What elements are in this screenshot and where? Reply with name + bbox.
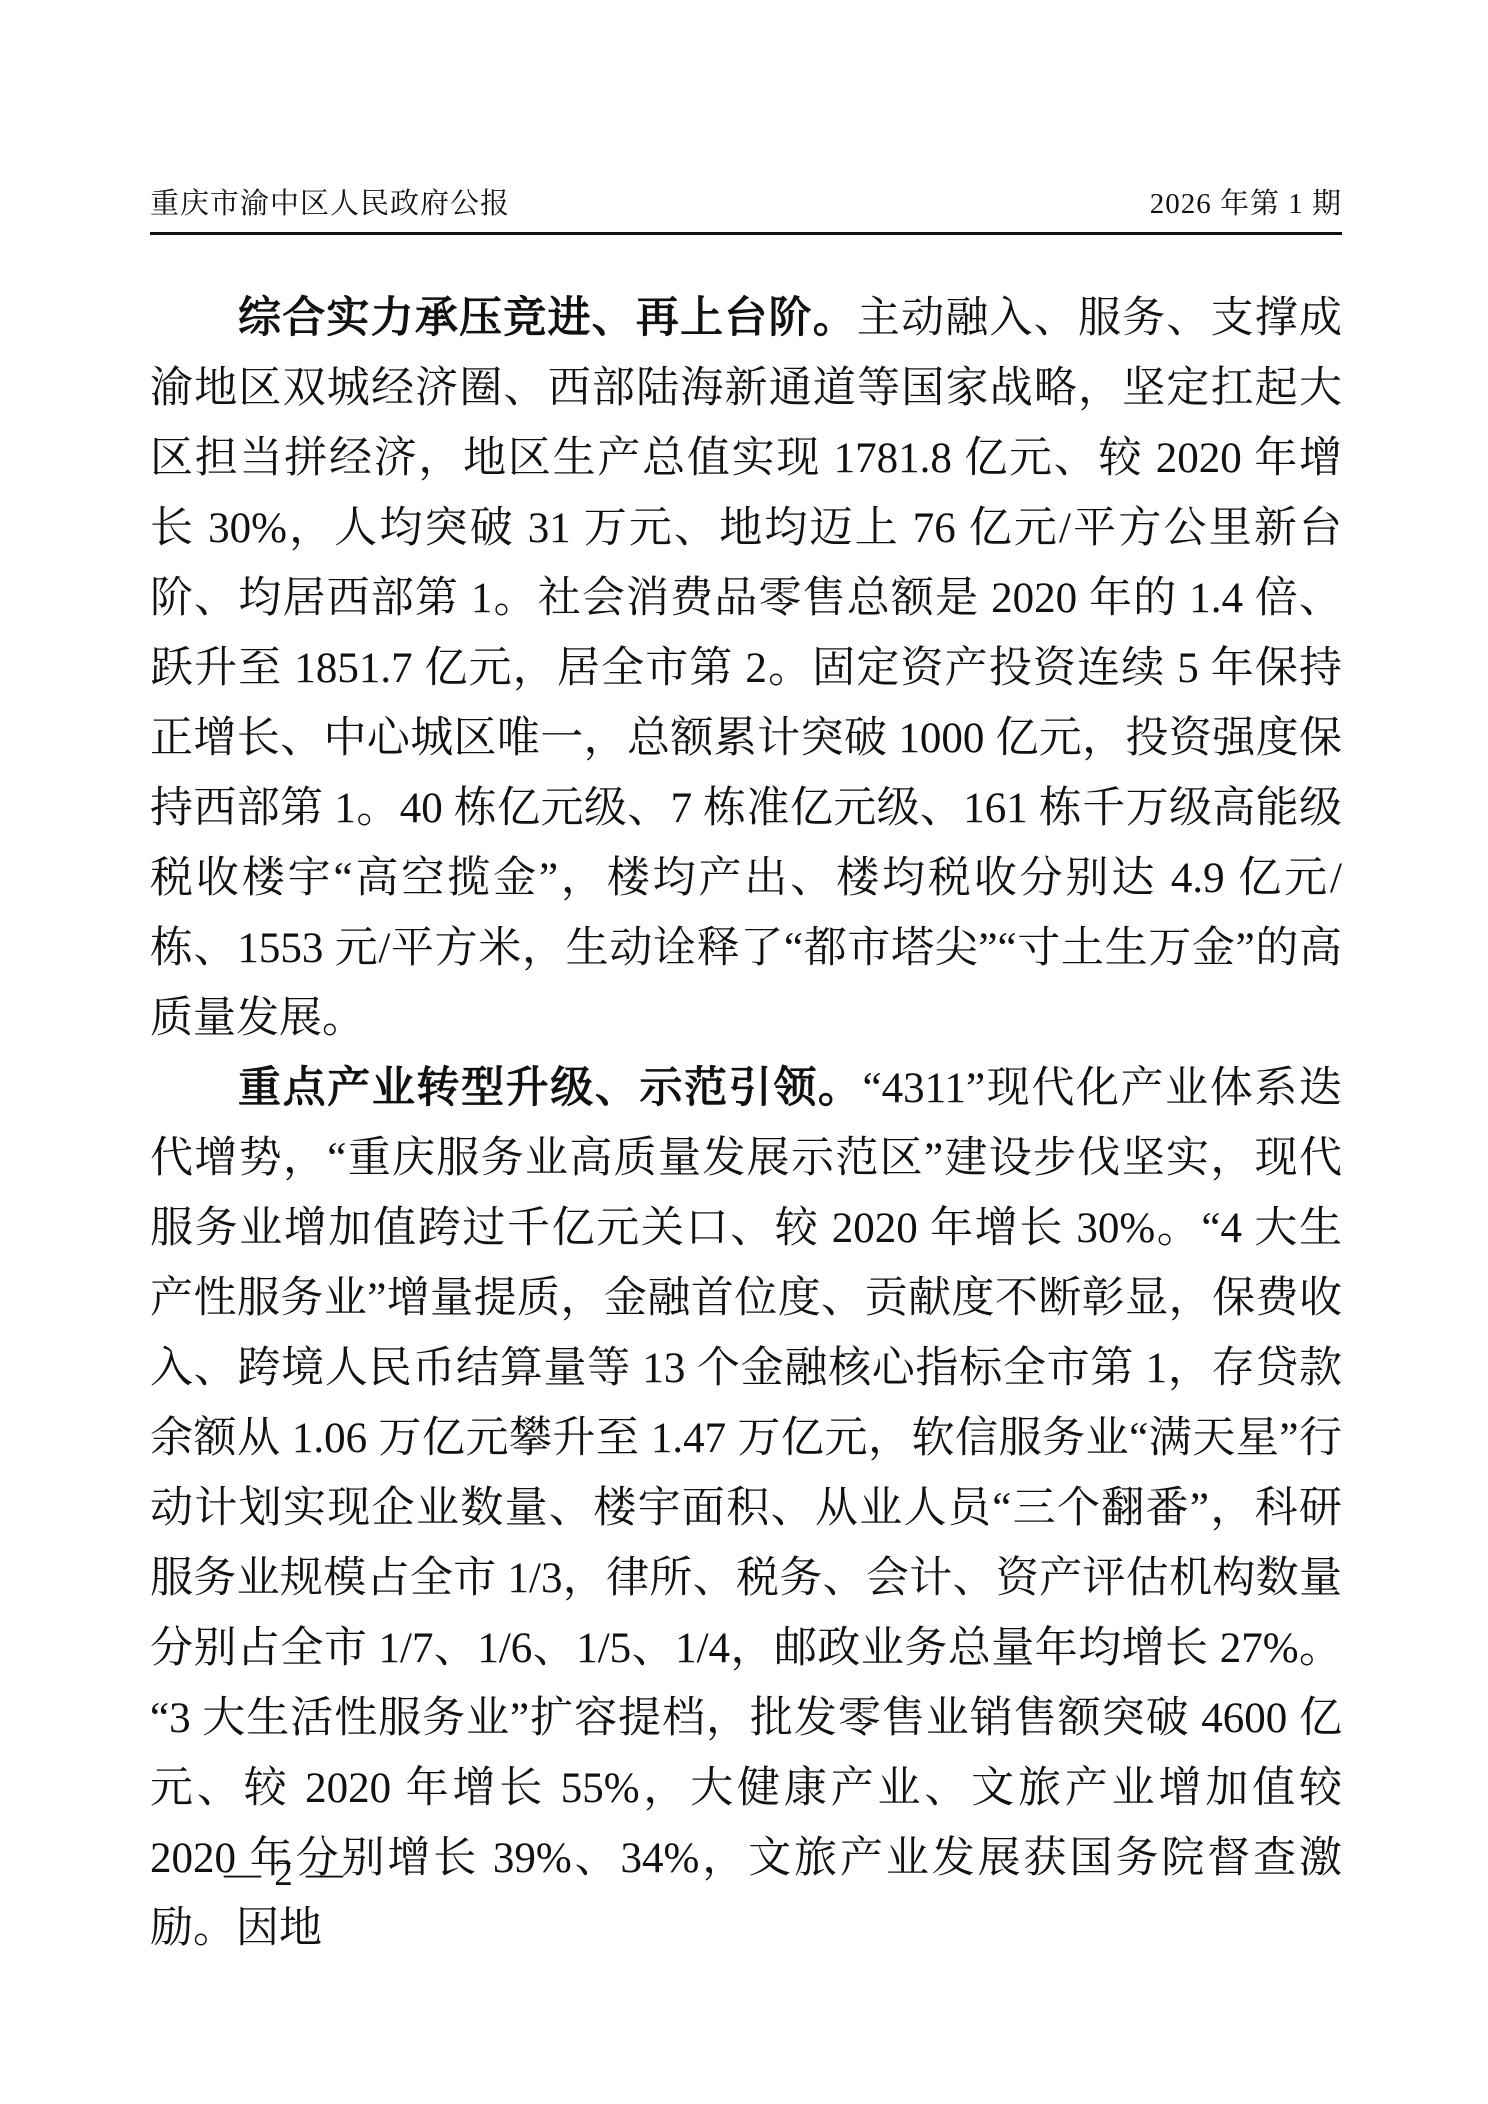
issue-label: 2026 年第 1 期: [1150, 186, 1342, 222]
gazette-page: 重庆市渝中区人民政府公报 2026 年第 1 期 综合实力承压竞进、再上台阶。主…: [0, 0, 1488, 2104]
paragraph-lead: 综合实力承压竞进、再上台阶。: [238, 295, 857, 342]
paragraph-text: “4311”现代化产业体系迭代增势，“重庆服务业高质量发展示范区”建设步伐坚实，…: [150, 1065, 1342, 1952]
paragraph: 重点产业转型升级、示范引领。“4311”现代化产业体系迭代增势，“重庆服务业高质…: [150, 1054, 1342, 1964]
page-number: — 2 —: [224, 1852, 345, 1896]
paragraph-lead: 重点产业转型升级、示范引领。: [238, 1065, 863, 1112]
page-header: 重庆市渝中区人民政府公报 2026 年第 1 期: [150, 186, 1342, 235]
document-body: 综合实力承压竞进、再上台阶。主动融入、服务、支撑成渝地区双城经济圈、西部陆海新通…: [150, 284, 1342, 1964]
gazette-title: 重庆市渝中区人民政府公报: [150, 186, 510, 222]
paragraph: 综合实力承压竞进、再上台阶。主动融入、服务、支撑成渝地区双城经济圈、西部陆海新通…: [150, 284, 1342, 1054]
paragraph-text: 主动融入、服务、支撑成渝地区双城经济圈、西部陆海新通道等国家战略，坚定扛起大区担…: [150, 295, 1342, 1042]
